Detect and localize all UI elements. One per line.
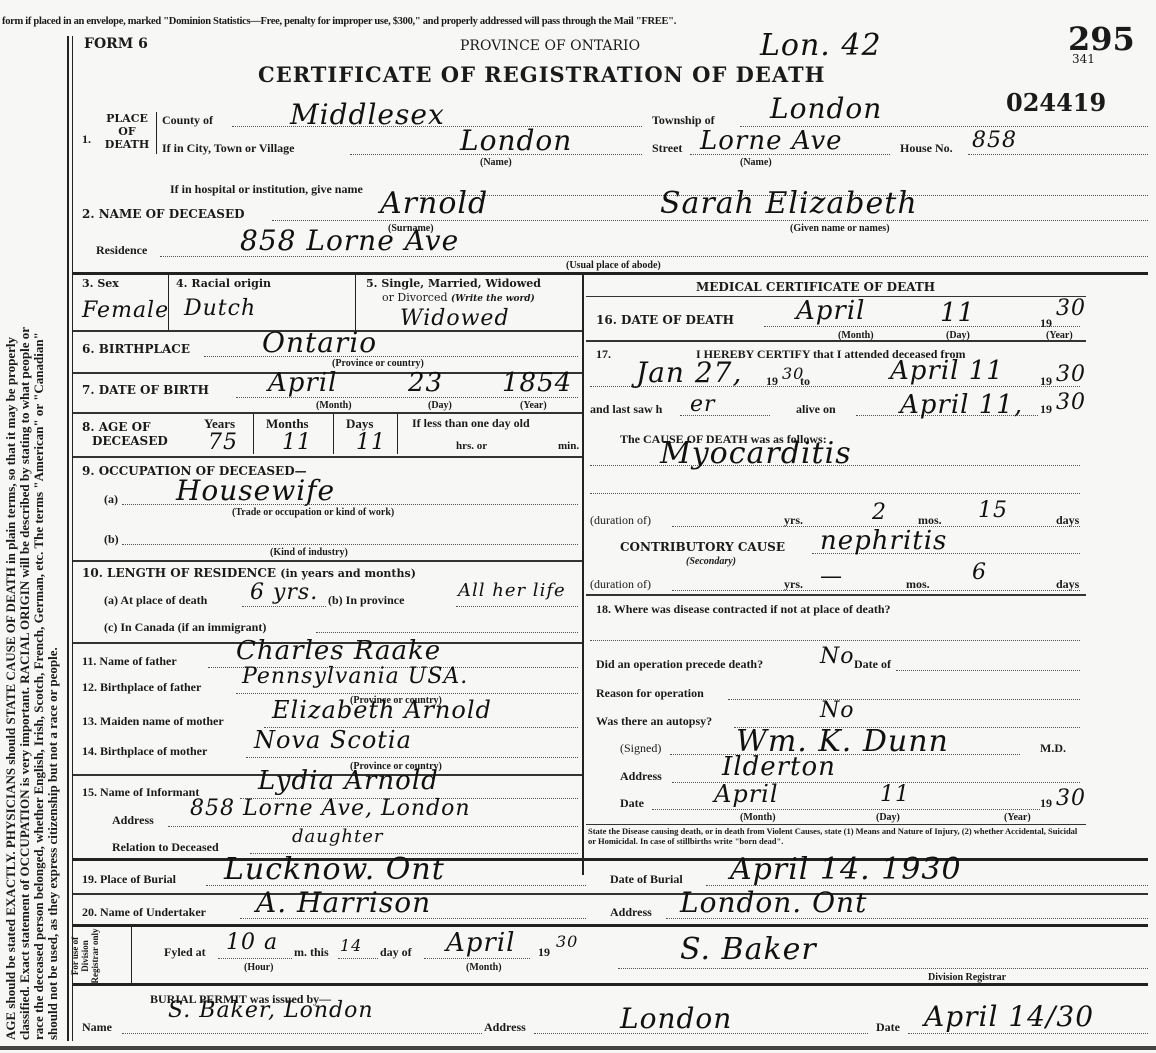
certificate-date-year: 30 xyxy=(1056,786,1086,811)
pronoun-value: er xyxy=(690,392,716,417)
cell-divider xyxy=(397,414,398,454)
dob-day-value: 23 xyxy=(408,368,443,398)
fyled-day-value: 14 xyxy=(340,936,362,955)
duration-line xyxy=(672,590,1080,591)
divider xyxy=(73,456,582,458)
divider xyxy=(73,560,582,562)
form-number: FORM 6 xyxy=(84,36,148,52)
relation-value: daughter xyxy=(292,826,383,847)
caption: (Trade or occupation or kind of work) xyxy=(232,507,394,518)
min-label: min. xyxy=(558,440,579,452)
mailing-note: form if placed in an envelope, marked "D… xyxy=(2,16,676,27)
division-registrar-label: Division Registrar xyxy=(928,972,1006,983)
mos-label: mos. xyxy=(906,577,930,592)
length-residence-label: 10. LENGTH OF RESIDENCE (in years and mo… xyxy=(82,566,416,580)
at-place-value: 6 yrs. xyxy=(250,580,318,605)
signed-label: (Signed) xyxy=(620,741,661,756)
relation-label: Relation to Deceased xyxy=(112,840,219,855)
in-province-line xyxy=(456,606,578,607)
handwritten-reference: Lon. 42 xyxy=(760,28,882,63)
county-label: County of xyxy=(162,113,213,128)
duration-label: (duration of) xyxy=(590,513,651,528)
residence-value: 858 Lorne Ave xyxy=(240,224,459,257)
cause-days-value: 15 xyxy=(978,498,1008,523)
name-of-deceased-label: 2. NAME OF DECEASED xyxy=(82,207,245,221)
in-canada-label: (c) In Canada (if an immigrant) xyxy=(104,620,266,635)
caption: (Kind of industry) xyxy=(270,547,348,558)
age-years-value: 75 xyxy=(208,430,238,455)
side-instructions: AGE should be stated EXACTLY. PHYSICIANS… xyxy=(4,30,76,1040)
side-instruction-line: should not be used, as they express citi… xyxy=(46,30,60,1040)
caption: (Month) xyxy=(740,812,776,823)
street-value: Lorne Ave xyxy=(700,126,843,156)
marital-hint: (Write the word) xyxy=(451,294,535,304)
days-label: days xyxy=(1056,513,1079,528)
given-names-value: Sarah Elizabeth xyxy=(660,186,918,221)
permit-address-label: Address xyxy=(484,1020,526,1035)
cell-divider xyxy=(333,414,334,454)
contributory-cause-value: nephritis xyxy=(820,526,947,556)
caption: (Month) xyxy=(316,400,352,411)
day-line xyxy=(338,958,378,959)
permit-name-label: Name xyxy=(82,1020,112,1035)
bottom-edge xyxy=(0,1046,1156,1050)
street-label: Street xyxy=(652,141,682,156)
certificate-date-label: Date xyxy=(620,796,644,811)
caption: (Month) xyxy=(466,962,502,973)
dod-month-value: April xyxy=(796,296,865,326)
father-label: 11. Name of father xyxy=(82,654,177,669)
occupation-b-line xyxy=(122,544,578,545)
place-of-burial-value: Lucknow. Ont xyxy=(224,852,445,887)
undertaker-value: A. Harrison xyxy=(256,886,431,919)
marital-status-label-2: or Divorced (Write the word) xyxy=(382,291,535,304)
physician-address-label: Address xyxy=(620,769,662,784)
house-no-value: 858 xyxy=(972,128,1017,153)
dod-year-value: 30 xyxy=(1056,296,1086,321)
mother-label: 13. Maiden name of mother xyxy=(82,714,224,729)
autopsy-label: Was there an autopsy? xyxy=(596,714,712,729)
caption: (Usual place of abode) xyxy=(566,260,661,271)
medical-certificate-header: MEDICAL CERTIFICATE OF DEATH xyxy=(696,280,935,294)
md-label: M.D. xyxy=(1040,741,1066,756)
age-days-value: 11 xyxy=(356,430,386,455)
caption: (Secondary) xyxy=(686,556,736,567)
death-certificate: form if placed in an envelope, marked "D… xyxy=(0,0,1156,1053)
cell-divider xyxy=(131,927,132,983)
serial-number: 024419 xyxy=(1006,88,1106,117)
operation-date-line xyxy=(896,670,1080,671)
last-saw-label: and last saw h xyxy=(590,402,662,417)
hospital-label: If in hospital or institution, give name xyxy=(170,182,363,197)
birthplace-line xyxy=(204,356,578,357)
divider xyxy=(73,983,1148,986)
alive-on-year: 30 xyxy=(1056,390,1086,415)
divider xyxy=(73,924,1148,927)
contrib-months-value: — xyxy=(820,564,843,589)
to-label: to xyxy=(800,374,810,389)
dob-month-value: April xyxy=(268,368,337,398)
caption: (Hour) xyxy=(244,962,273,973)
age-label-2: DECEASED xyxy=(92,434,168,448)
fyled-month-value: April xyxy=(446,928,515,958)
caption: (Day) xyxy=(876,812,900,823)
autopsy-value: No xyxy=(820,698,855,723)
side-instruction-line: AGE should be stated EXACTLY. PHYSICIANS… xyxy=(4,30,18,1040)
surname-value: Arnold xyxy=(380,186,488,221)
mother-birthplace-value: Nova Scotia xyxy=(254,726,412,754)
caption: (Given name or names) xyxy=(790,223,890,234)
caption: (Year) xyxy=(1004,812,1031,823)
informant-value: Lydia Arnold xyxy=(258,766,439,796)
divider xyxy=(73,272,1148,275)
date-of-burial-label: Date of Burial xyxy=(610,872,683,887)
birthplace-label: 6. BIRTHPLACE xyxy=(82,342,190,356)
caption: (Day) xyxy=(428,400,452,411)
century-label: 19 xyxy=(766,374,778,389)
caption: (Name) xyxy=(480,157,512,168)
column-divider xyxy=(582,275,584,875)
permit-name-value: S. Baker, London xyxy=(168,998,374,1023)
permit-address-value: London xyxy=(620,1002,732,1035)
father-birthplace-line xyxy=(236,693,578,694)
father-birthplace-value: Pennsylvania USA. xyxy=(242,664,468,689)
house-no-label: House No. xyxy=(900,141,953,156)
hour-line xyxy=(218,958,292,959)
less-than-day-label: If less than one day old xyxy=(412,416,530,431)
alive-on-value: April 11, xyxy=(900,390,1023,420)
day-of-label: day of xyxy=(380,945,412,960)
dob-year-value: 1854 xyxy=(502,368,572,398)
attended-to-value: April 11 xyxy=(890,356,1004,386)
city-label: If in City, Town or Village xyxy=(162,141,294,156)
cause-of-death-value: Myocarditis xyxy=(660,436,852,471)
informant-address-value: 858 Lorne Ave, London xyxy=(190,796,471,821)
dod-day-value: 11 xyxy=(940,298,975,328)
certificate-date-month: April xyxy=(714,780,779,808)
reason-label: Reason for operation xyxy=(596,686,704,701)
hrs-label: hrs. or xyxy=(456,440,487,452)
house-line xyxy=(968,154,1148,155)
certificate-title: CERTIFICATE OF REGISTRATION OF DEATH xyxy=(258,62,826,87)
contracted-line xyxy=(590,640,1080,641)
side-instruction-line: classified. Exact statement of OCCUPATIO… xyxy=(18,30,32,1040)
registrar-only-label: For use of Division Registrar only xyxy=(70,926,100,986)
father-value: Charles Raake xyxy=(236,636,441,666)
city-value: London xyxy=(460,124,572,157)
age-label: 8. AGE OF xyxy=(82,420,151,434)
undertaker-address-label: Address xyxy=(610,905,652,920)
century-label: 19 xyxy=(1040,316,1052,331)
fyled-year-value: 30 xyxy=(556,932,578,951)
marital-status-label: 5. Single, Married, Widowed xyxy=(366,277,541,290)
certificate-date-line xyxy=(652,809,1040,810)
cell-divider xyxy=(253,414,254,454)
mother-value: Elizabeth Arnold xyxy=(272,696,492,724)
permit-name-line xyxy=(122,1033,482,1034)
residence-label: Residence xyxy=(96,243,147,258)
cause-line-2 xyxy=(590,493,1080,494)
occupation-a-value: Housewife xyxy=(176,474,335,507)
yrs-label: yrs. xyxy=(784,577,803,592)
registrar-signature: S. Baker xyxy=(680,932,817,967)
month-line xyxy=(424,958,530,959)
m-this-label: m. this xyxy=(294,945,329,960)
age-months-value: 11 xyxy=(282,430,312,455)
birthplace-value: Ontario xyxy=(262,326,377,359)
racial-origin-value: Dutch xyxy=(184,296,256,321)
fyled-label: Fyled at xyxy=(164,945,206,960)
racial-origin-label: 4. Racial origin xyxy=(176,277,271,290)
occupation-a-label: (a) xyxy=(104,492,118,507)
physician-address-value: Ilderton xyxy=(722,752,836,782)
undertaker-address-value: London. Ont xyxy=(680,886,867,919)
section-1-number: 1. xyxy=(82,132,91,147)
certificate-date-day: 11 xyxy=(880,782,910,807)
permit-date-label: Date xyxy=(876,1020,900,1035)
attended-to-year: 30 xyxy=(1056,362,1086,387)
cause-months-value: 2 xyxy=(872,500,887,525)
registrar-line xyxy=(618,968,1148,969)
bracket xyxy=(156,112,157,154)
divider xyxy=(73,893,1148,895)
label-hint: (in years and months) xyxy=(280,567,416,580)
disease-contracted-label: 18. Where was disease contracted if not … xyxy=(596,602,891,617)
informant-label: 15. Name of Informant xyxy=(82,785,199,800)
alive-on-label: alive on xyxy=(796,402,836,417)
mother-birthplace-label: 14. Birthplace of mother xyxy=(82,744,207,759)
county-value: Middlesex xyxy=(290,98,445,131)
date-of-label: Date of xyxy=(854,657,891,672)
father-birthplace-label: 12. Birthplace of father xyxy=(82,680,201,695)
instruction-note: State the Disease causing death, or in d… xyxy=(588,826,1082,846)
contrib-days-value: 6 xyxy=(972,560,987,585)
label-text: 10. LENGTH OF RESIDENCE xyxy=(82,566,276,580)
contributory-cause-label: CONTRIBUTORY CAUSE xyxy=(620,540,785,554)
sex-value: Female xyxy=(82,298,169,323)
date-of-burial-value: April 14. 1930 xyxy=(730,852,962,887)
century-label: 19 xyxy=(1040,796,1052,811)
informant-address-label: Address xyxy=(112,813,154,828)
marital-label-text: or Divorced xyxy=(382,291,448,304)
reason-line xyxy=(728,699,1080,700)
mother-birthplace-line xyxy=(246,757,578,758)
sex-label: 3. Sex xyxy=(82,277,119,290)
caption: (Name) xyxy=(740,157,772,168)
register-sub-number: 341 xyxy=(1072,52,1095,66)
attended-from-value: Jan 27, xyxy=(636,356,742,389)
divider xyxy=(586,824,1086,825)
date-of-birth-label: 7. DATE OF BIRTH xyxy=(82,383,209,397)
in-province-label: (b) In province xyxy=(328,593,404,608)
side-instruction-line: race the deceased person belonged, wheth… xyxy=(32,30,46,1040)
township-value: London xyxy=(770,92,882,125)
section-17-number: 17. xyxy=(596,347,611,362)
operation-value: No xyxy=(820,644,855,669)
cell-divider xyxy=(355,275,356,330)
permit-date-line xyxy=(908,1033,1148,1034)
undertaker-label: 20. Name of Undertaker xyxy=(82,905,206,920)
yrs-label: yrs. xyxy=(784,513,803,528)
duration-label: (duration of) xyxy=(590,577,651,592)
province-title: PROVINCE OF ONTARIO xyxy=(460,38,640,54)
dod-line xyxy=(764,326,1080,327)
at-place-label: (a) At place of death xyxy=(104,593,207,608)
left-border xyxy=(67,36,69,1041)
days-label: days xyxy=(1056,577,1079,592)
century-label: 19 xyxy=(538,945,550,960)
permit-date-value: April 14/30 xyxy=(924,1000,1094,1033)
divider xyxy=(586,340,1086,342)
century-label: 19 xyxy=(1040,374,1052,389)
caption: (Year) xyxy=(520,400,547,411)
fyled-hour-value: 10 a xyxy=(226,930,278,955)
marital-status-value: Widowed xyxy=(400,306,510,331)
left-border-inner xyxy=(72,36,73,1041)
century-label: 19 xyxy=(1040,402,1052,417)
place-of-death-label: PLACE OF DEATH xyxy=(100,112,154,151)
in-canada-line xyxy=(316,632,578,633)
place-of-burial-label: 19. Place of Burial xyxy=(82,872,176,887)
divider xyxy=(73,412,582,414)
in-province-value: All her life xyxy=(458,580,566,601)
cell-divider xyxy=(168,275,169,330)
at-place-line xyxy=(242,606,326,607)
date-of-death-label: 16. DATE OF DEATH xyxy=(596,313,734,327)
operation-label: Did an operation precede death? xyxy=(596,657,763,672)
divider xyxy=(586,594,1086,596)
occupation-b-label: (b) xyxy=(104,532,119,547)
